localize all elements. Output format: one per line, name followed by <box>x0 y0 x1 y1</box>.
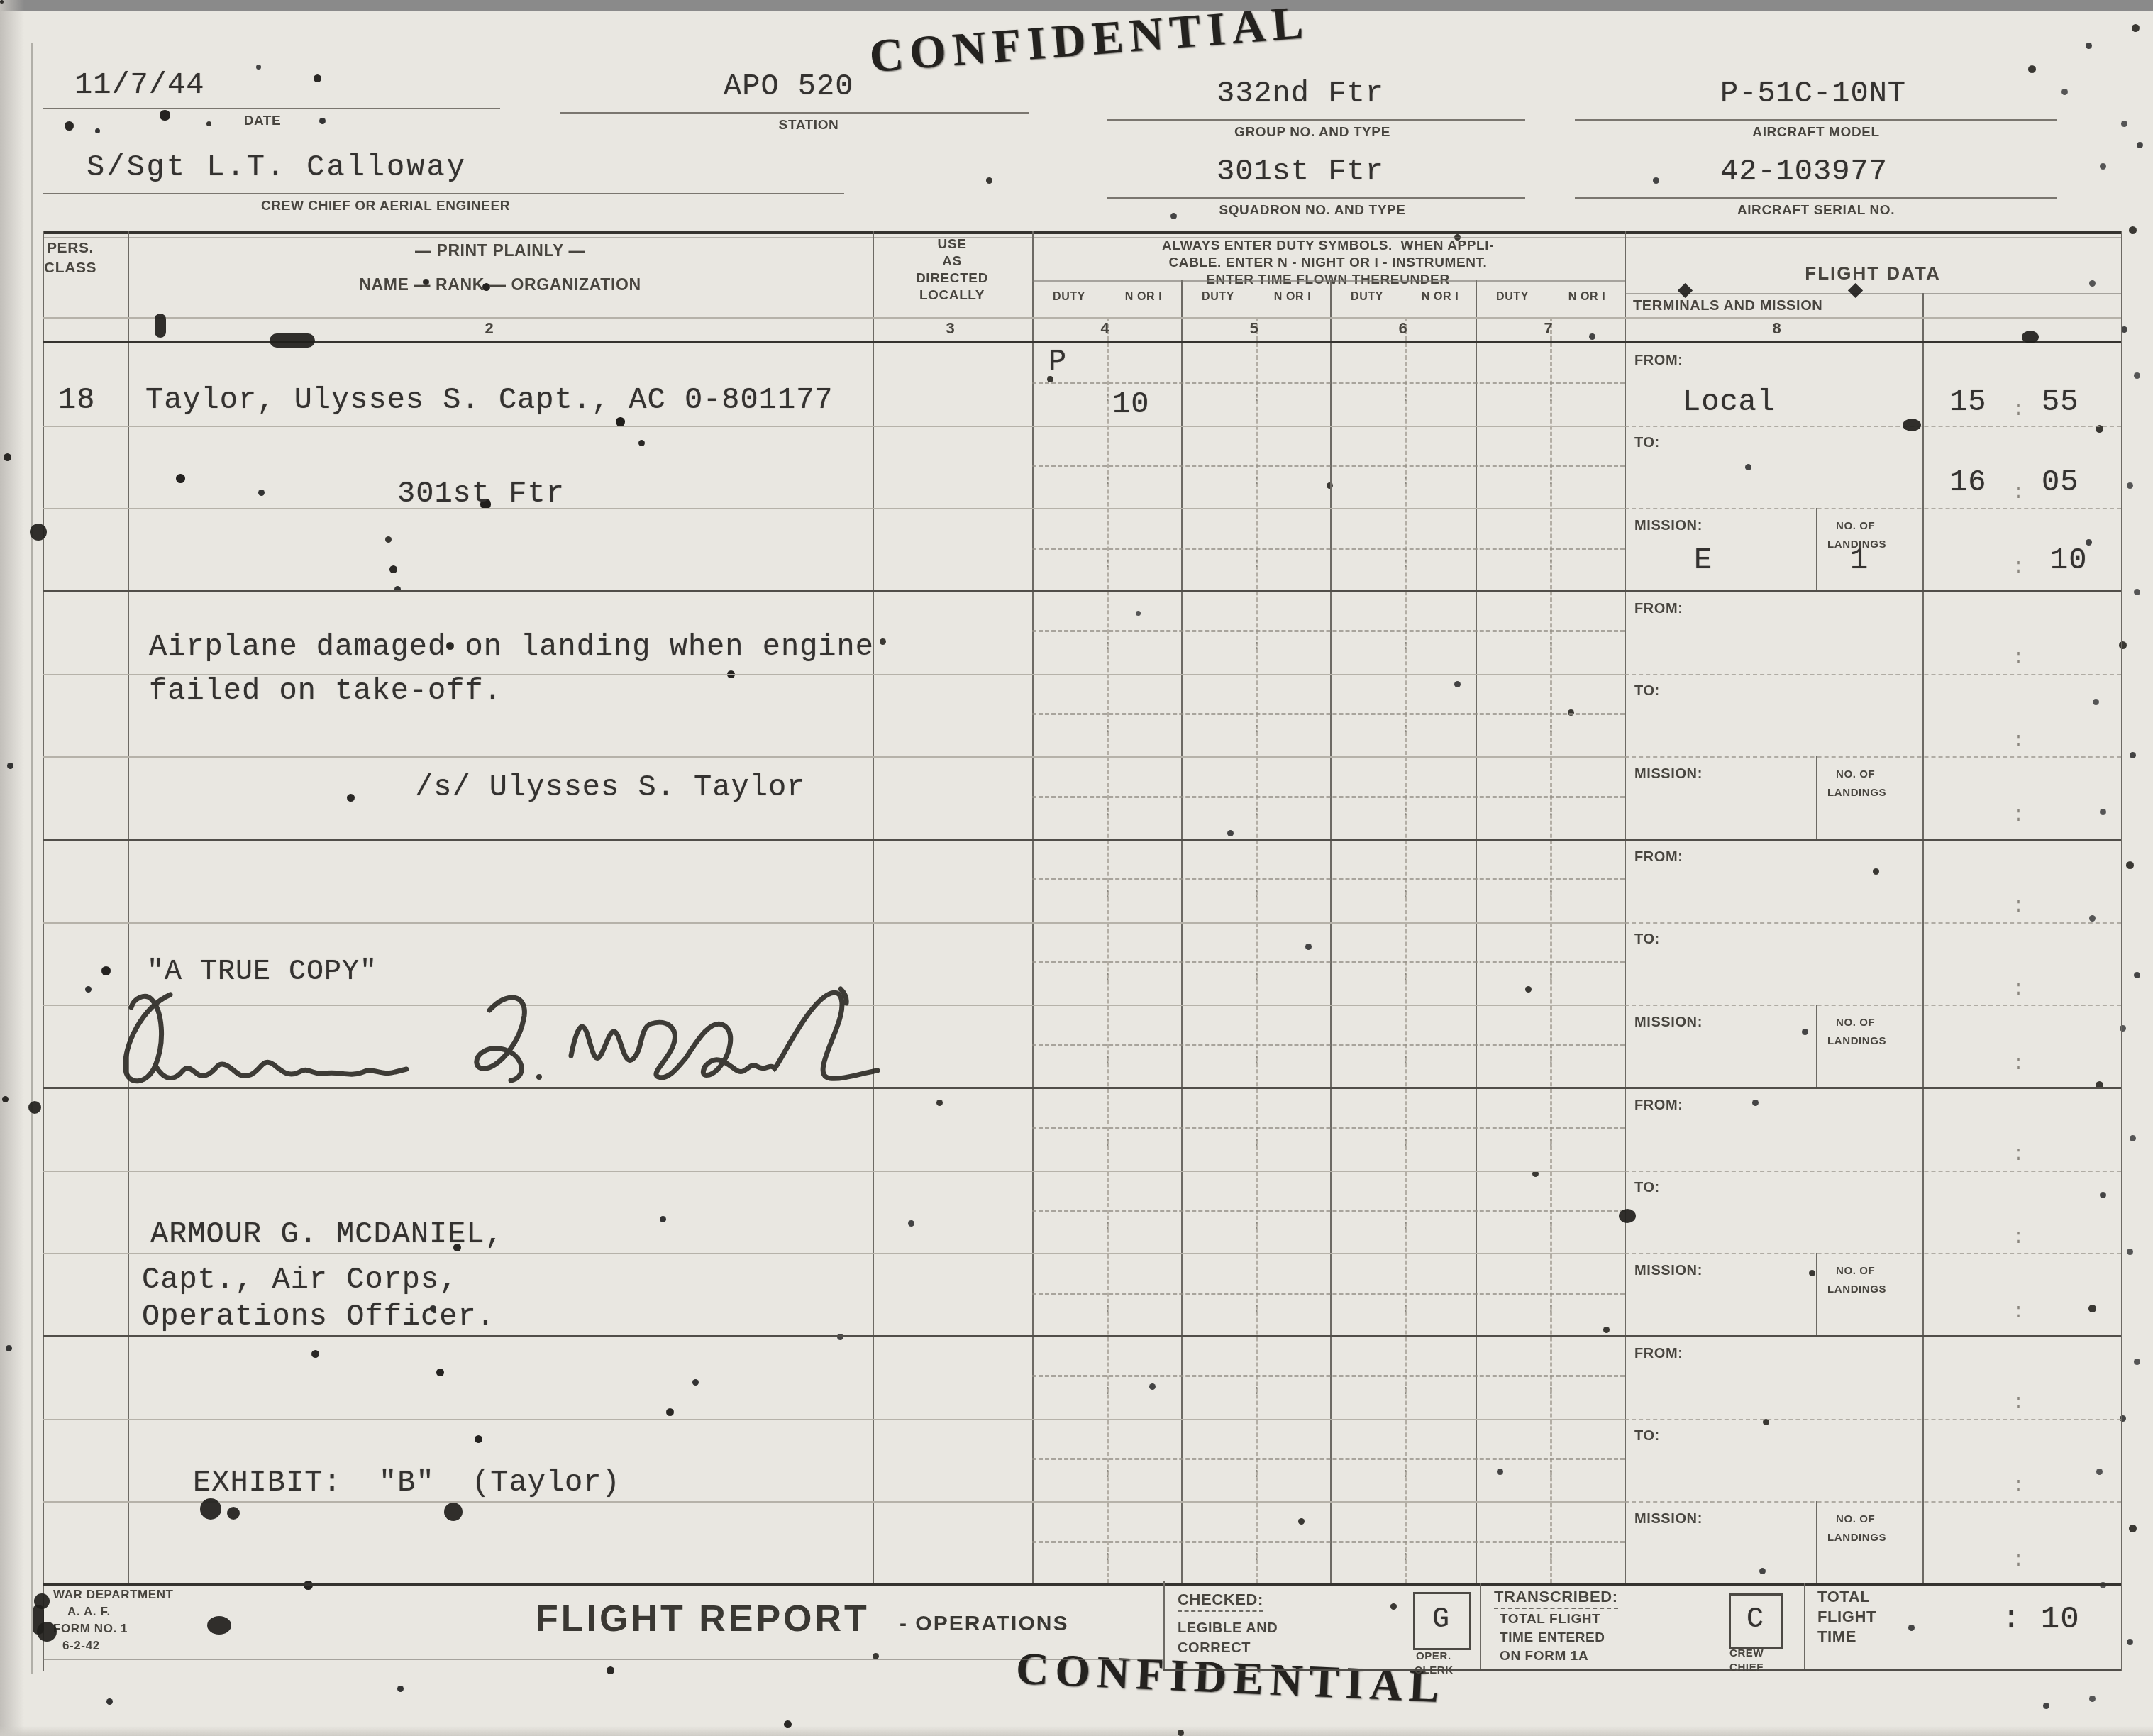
grid-colon: : <box>1402 1384 1410 1398</box>
form-subtitle: - OPERATIONS <box>900 1612 1068 1636</box>
from-label: FROM: <box>1634 1098 1683 1114</box>
ink-blot-exhibit <box>444 1503 463 1521</box>
grid-colon: : <box>1402 639 1410 653</box>
ink-mark <box>30 524 47 541</box>
transcribed-label: TRANSCRIBED: <box>1494 1588 1618 1609</box>
col-number-7: 7 <box>1544 319 1554 338</box>
grid-colon: : <box>1253 1136 1261 1150</box>
crew-chief-initial: C <box>1747 1604 1764 1636</box>
oper-clerk-initial: G <box>1432 1604 1450 1636</box>
grid-colon: : <box>1104 1550 1112 1564</box>
scan-edge-bottom <box>0 1726 2153 1736</box>
grid-colon: : <box>1547 1384 1555 1398</box>
grid-colon: : <box>1547 1467 1555 1481</box>
pers-class-header-1: PERS. <box>47 240 94 257</box>
grid-colon: : <box>1547 888 1555 902</box>
remark-line-2: failed on take-off. <box>149 674 502 708</box>
grid-colon: : <box>1104 1384 1112 1398</box>
use-header-2: AS <box>942 254 962 270</box>
time-colon: : <box>2012 1052 2025 1076</box>
grid-colon: : <box>1104 474 1112 488</box>
officer-rank-line: Capt., Air Corps, <box>142 1263 458 1297</box>
print-plainly-header: — PRINT PLAINLY — <box>415 241 585 260</box>
group-value: 332nd Ftr <box>1217 77 1384 111</box>
col-number-3: 3 <box>946 319 956 338</box>
nori-subheader-4: N OR I <box>1568 291 1606 304</box>
from-hours-entry: 15 <box>1949 385 1986 419</box>
ink-mark <box>270 333 315 348</box>
crew-label-2: CHIEF <box>1729 1662 1764 1674</box>
mission-label: MISSION: <box>1634 1511 1703 1527</box>
grid-colon: : <box>1402 888 1410 902</box>
scan-edge-top <box>0 0 2153 11</box>
ink-mark <box>28 1101 41 1114</box>
officer-name-line: ARMOUR G. MCDANIEL, <box>150 1217 504 1251</box>
col-number-8: 8 <box>1773 319 1782 338</box>
station-value: APO 520 <box>724 70 853 104</box>
time-colon: : <box>2012 1300 2025 1325</box>
grid-colon: : <box>1104 1054 1112 1068</box>
checked-line-2: CORRECT <box>1178 1640 1251 1657</box>
name-rank-org-header: NAME — RANK — ORGANIZATION <box>359 275 641 294</box>
time-colon: : <box>2012 978 2025 1002</box>
transcribed-line-2: TIME ENTERED <box>1500 1630 1605 1646</box>
ink-mark <box>33 1605 44 1635</box>
to-minutes-entry: 05 <box>2042 465 2079 499</box>
duty-subheader-2: DUTY <box>1202 291 1234 304</box>
mission-label: MISSION: <box>1634 1014 1703 1031</box>
time-colon: : <box>2012 646 2025 670</box>
landings-label-2: LANDINGS <box>1827 1283 1886 1295</box>
grid-colon: : <box>1547 557 1555 571</box>
grid-colon: : <box>1104 639 1112 653</box>
grid-colon: : <box>1402 1136 1410 1150</box>
serial-label: AIRCRAFT SERIAL NO. <box>1737 203 1895 219</box>
ink-mark <box>1678 283 1693 298</box>
serial-value: 42-103977 <box>1720 155 1888 189</box>
grid-colon: : <box>1402 1054 1410 1068</box>
aircraft-model-label: AIRCRAFT MODEL <box>1752 125 1879 140</box>
grid-colon: : <box>1402 1302 1410 1316</box>
grid-colon: : <box>1402 391 1410 405</box>
col-number-5: 5 <box>1250 319 1259 338</box>
time-colon: : <box>2012 1143 2025 1167</box>
time-colon: : <box>2012 1391 2025 1415</box>
grid-colon: : <box>1104 1136 1112 1150</box>
nori-subheader-2: N OR I <box>1274 291 1312 304</box>
transcribed-line-3: ON FORM 1A <box>1500 1649 1588 1664</box>
to-label: TO: <box>1634 931 1660 948</box>
from-label: FROM: <box>1634 849 1683 866</box>
time-colon: : <box>2012 1474 2025 1498</box>
landings-entry: 1 <box>1850 543 1869 577</box>
form-id-line-2: A. A. F. <box>67 1605 111 1619</box>
grid-colon: : <box>1547 971 1555 985</box>
grid-colon: : <box>1402 722 1410 736</box>
grid-colon: : <box>1547 1550 1555 1564</box>
total-flight-time-value: : 10 <box>2002 1602 2080 1637</box>
from-label: FROM: <box>1634 353 1683 369</box>
crew-chief-initial-box: C <box>1729 1593 1783 1649</box>
remark-line-1: Airplane damaged on landing when engine <box>149 630 874 664</box>
grid-colon: : <box>1253 1302 1261 1316</box>
oper-clerk-initial-box: G <box>1413 1592 1471 1650</box>
time-colon: : <box>2012 895 2025 919</box>
grid-colon: : <box>1547 1054 1555 1068</box>
landings-label-1: NO. OF <box>1836 520 1875 532</box>
to-label: TO: <box>1634 435 1660 451</box>
to-label: TO: <box>1634 1180 1660 1196</box>
time-colon: : <box>2012 1549 2025 1573</box>
landings-label-2: LANDINGS <box>1827 1532 1886 1544</box>
mission-label: MISSION: <box>1634 518 1703 534</box>
duty-instructions-2: CABLE. ENTER N - NIGHT OR I - INSTRUMENT… <box>1169 255 1488 271</box>
from-minutes-entry: 55 <box>2042 385 2079 419</box>
squadron-value: 301st Ftr <box>1217 155 1384 189</box>
scan-edge-left <box>0 0 24 1736</box>
station-label: STATION <box>779 118 839 133</box>
col-number-4: 4 <box>1101 319 1110 338</box>
from-label: FROM: <box>1634 1346 1683 1362</box>
grid-colon: : <box>1253 888 1261 902</box>
use-header-1: USE <box>938 237 967 253</box>
grid-colon: : <box>1402 1550 1410 1564</box>
ink-mark <box>1848 283 1863 298</box>
grid-colon: : <box>1253 1219 1261 1233</box>
grid-colon: : <box>1104 971 1112 985</box>
total-label-3: TIME <box>1817 1627 1856 1646</box>
pilot-org-entry: 301st Ftr <box>397 477 565 511</box>
terminals-header: TERMINALS AND MISSION <box>1633 298 1822 314</box>
grid-colon: : <box>1253 639 1261 653</box>
total-label-1: TOTAL <box>1817 1588 1870 1606</box>
transcribed-line-1: TOTAL FLIGHT <box>1500 1612 1600 1627</box>
grid-colon: : <box>1253 1467 1261 1481</box>
duty-symbol-entry: P <box>1048 345 1067 379</box>
grid-colon: : <box>1547 1219 1555 1233</box>
landings-label-1: NO. OF <box>1836 1017 1875 1029</box>
mission-label: MISSION: <box>1634 766 1703 783</box>
grid-colon: : <box>1253 722 1261 736</box>
landings-label-2: LANDINGS <box>1827 787 1886 799</box>
time-colon: : <box>2012 729 2025 753</box>
grid-colon: : <box>1547 1302 1555 1316</box>
landings-label-1: NO. OF <box>1836 1513 1875 1525</box>
oper-label-2: CLERK <box>1415 1664 1454 1676</box>
ink-blot-exhibit <box>200 1498 221 1520</box>
duty-time-entry: 10 <box>1112 387 1149 421</box>
grid-colon: : <box>1104 391 1112 405</box>
nori-subheader-3: N OR I <box>1422 291 1459 304</box>
pers-class-entry: 18 <box>58 383 95 417</box>
duty-subheader-1: DUTY <box>1053 291 1085 304</box>
landings-label-2: LANDINGS <box>1827 1035 1886 1047</box>
ink-mark <box>1619 1209 1636 1223</box>
col-number-6: 6 <box>1399 319 1408 338</box>
squadron-label: SQUADRON NO. AND TYPE <box>1219 203 1405 219</box>
true-copy-line: "A TRUE COPY" <box>147 956 377 988</box>
grid-colon: : <box>1402 1219 1410 1233</box>
to-hours-entry: 16 <box>1949 465 1986 499</box>
grid-colon: : <box>1104 1219 1112 1233</box>
grid-colon: : <box>1547 722 1555 736</box>
group-label: GROUP NO. AND TYPE <box>1234 125 1390 140</box>
duty-subheader-4: DUTY <box>1496 291 1529 304</box>
officer-title-line: Operations Officer. <box>142 1300 495 1334</box>
total-label-2: FLIGHT <box>1817 1608 1876 1626</box>
grid-colon: : <box>1253 805 1261 819</box>
grid-colon: : <box>1253 971 1261 985</box>
pers-class-header-2: CLASS <box>44 260 96 277</box>
checked-label: CHECKED: <box>1178 1591 1263 1612</box>
time-colon: : <box>2012 398 2025 422</box>
landings-label-1: NO. OF <box>1836 1265 1875 1277</box>
grid-colon: : <box>1547 639 1555 653</box>
use-header-4: LOCALLY <box>919 288 985 304</box>
crew-label-1: CREW <box>1729 1647 1764 1659</box>
to-label: TO: <box>1634 683 1660 700</box>
mission-label: MISSION: <box>1634 1263 1703 1279</box>
grid-colon: : <box>1402 474 1410 488</box>
nori-subheader-1: N OR I <box>1125 291 1163 304</box>
grid-colon: : <box>1547 474 1555 488</box>
grid-colon: : <box>1104 1302 1112 1316</box>
mcdaniel-signature <box>103 986 983 1103</box>
to-label: TO: <box>1634 1428 1660 1444</box>
confidential-stamp-top: CONFIDENTIAL <box>868 0 1311 84</box>
from-terminal-entry: Local <box>1683 385 1776 419</box>
flight-report-form-scan: CONFIDENTIAL CONFIDENTIAL 11/7/44 DATE A… <box>0 0 2153 1736</box>
checked-line-1: LEGIBLE AND <box>1178 1620 1278 1637</box>
ink-mark <box>2022 331 2039 343</box>
grid-colon: : <box>1547 805 1555 819</box>
grid-colon: : <box>1547 1136 1555 1150</box>
date-label: DATE <box>244 114 282 129</box>
mission-entry: E <box>1694 543 1712 577</box>
grid-colon: : <box>1402 971 1410 985</box>
time-colon: : <box>2012 1226 2025 1250</box>
from-label: FROM: <box>1634 601 1683 617</box>
grid-colon: : <box>1253 391 1261 405</box>
grid-colon: : <box>1402 557 1410 571</box>
crew-chief-value: S/Sgt L.T. Calloway <box>87 150 467 184</box>
grid-colon: : <box>1104 557 1112 571</box>
aircraft-model-value: P-51C-10NT <box>1720 77 1906 111</box>
use-header-3: DIRECTED <box>916 271 988 287</box>
grid-colon: : <box>1253 557 1261 571</box>
grid-colon: : <box>1253 1054 1261 1068</box>
grid-colon: : <box>1104 722 1112 736</box>
grid-colon: : <box>1253 474 1261 488</box>
grid-colon: : <box>1104 1467 1112 1481</box>
duty-instructions-1: ALWAYS ENTER DUTY SYMBOLS. WHEN APPLI- <box>1162 238 1494 254</box>
grid-colon: : <box>1253 1384 1261 1398</box>
time-colon: : <box>2012 481 2025 505</box>
form-id-line-3: FORM NO. 1 <box>53 1622 128 1636</box>
grid-colon: : <box>1547 391 1555 405</box>
exhibit-line: EXHIBIT: "B" (Taylor) <box>193 1466 621 1500</box>
ink-mark <box>1903 419 1921 431</box>
ink-mark <box>155 314 166 338</box>
ink-mark <box>207 1616 231 1635</box>
form-id-line-4: 6-2-42 <box>62 1639 100 1653</box>
crew-chief-label: CREW CHIEF OR AERIAL ENGINEER <box>261 199 510 214</box>
signed-typed-line: /s/ Ulysses S. Taylor <box>415 770 805 805</box>
form-id-line-1: WAR DEPARTMENT <box>53 1588 174 1602</box>
time-colon: : <box>2012 555 2025 580</box>
pilot-name-entry: Taylor, Ulysses S. Capt., AC 0-801177 <box>145 383 834 417</box>
ink-blot-exhibit <box>227 1507 240 1520</box>
grid-colon: : <box>1253 1550 1261 1564</box>
grid-colon: : <box>1104 888 1112 902</box>
noise-speckles <box>0 0 4 4</box>
time-colon: : <box>2012 804 2025 828</box>
landings-label-1: NO. OF <box>1836 768 1875 780</box>
mission-time-entry: 10 <box>2050 543 2087 577</box>
grid-colon: : <box>1402 805 1410 819</box>
oper-label-1: OPER. <box>1416 1650 1451 1662</box>
flight-data-header: FLIGHT DATA <box>1805 262 1940 284</box>
form-title: FLIGHT REPORT <box>536 1598 870 1640</box>
date-value: 11/7/44 <box>74 68 204 102</box>
grid-colon: : <box>1402 1467 1410 1481</box>
col-number-2: 2 <box>485 319 494 338</box>
duty-subheader-3: DUTY <box>1351 291 1383 304</box>
grid-colon: : <box>1104 805 1112 819</box>
